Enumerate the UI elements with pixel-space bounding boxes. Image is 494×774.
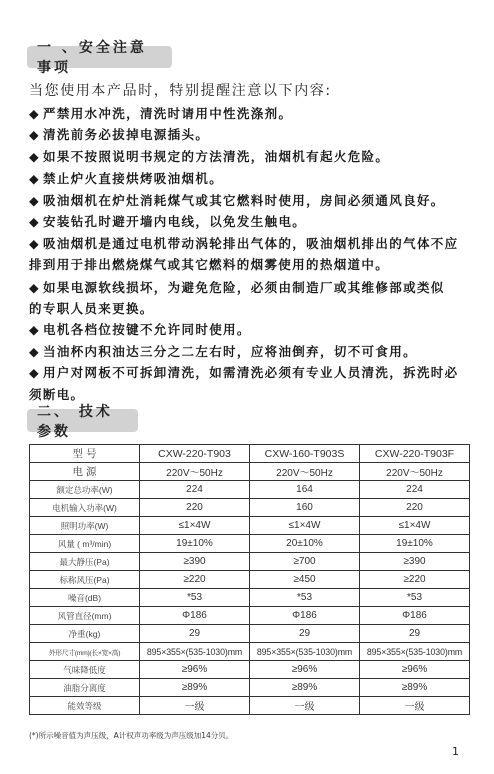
section-title-specs: 二、 技术参数 (37, 401, 128, 441)
safety-note-text: 如果不按照说明书规定的方法清洗，油烟机有起火危险。 (43, 149, 389, 164)
section-header-specs: 二、 技术参数 (27, 409, 138, 432)
cell-value: 895×355×(535-1030)mm (140, 643, 250, 661)
cell-value: Φ186 (250, 607, 360, 625)
row-label: 风管直径(mm) (30, 607, 140, 625)
cell-value: ≤1×4W (250, 517, 360, 535)
diamond-bullet-icon: ◆ (29, 344, 43, 359)
cell-value: 895×355×(535-1030)mm (250, 643, 360, 661)
table-header-row: 型 号CXW-220-T903CXW-160-T903SCXW-220-T903… (30, 445, 470, 463)
cell-value: 220V～50Hz (360, 463, 470, 481)
cell-value: 164 (250, 481, 360, 499)
safety-note-line: ◆吸油烟机在炉灶消耗煤气或其它燃料时使用，房间必须通风良好。 (29, 191, 445, 209)
diamond-bullet-icon: ◆ (29, 149, 43, 164)
cell-value: 一级 (140, 697, 250, 715)
safety-note-text: 吸油烟机是通过电机带动涡轮排出气体的，吸油烟机排出的气体不应 (43, 236, 459, 251)
cell-value: ≥390 (360, 553, 470, 571)
diamond-bullet-icon: ◆ (29, 236, 43, 251)
table-row: 电 源220V～50Hz220V～50Hz220V～50Hz (30, 463, 470, 481)
safety-note-line: ◆安装钻孔时避开墙内电线，以免发生触电。 (29, 212, 306, 230)
safety-note-line: ◆用户对网板不可拆卸清洗，如需清洗必须有专业人员清洗，拆洗时必 (29, 363, 459, 381)
table-row: 标称风压(Pa)≥220≥450≥220 (30, 571, 470, 589)
cell-value: ≥89% (360, 679, 470, 697)
row-label: 气味降低度 (30, 661, 140, 679)
table-row: 电机输入功率(W)220160220 (30, 499, 470, 517)
model-name: CXW-220-T903 (140, 445, 250, 463)
cell-value: 220 (360, 499, 470, 517)
cell-value: ≥220 (140, 571, 250, 589)
cell-value: ≤1×4W (140, 517, 250, 535)
safety-note-text: 的专职人员来更换。 (29, 301, 154, 316)
row-label: 型 号 (30, 445, 140, 463)
safety-note-text: 严禁用水冲洗，清洗时请用中性洗涤剂。 (43, 106, 292, 121)
diamond-bullet-icon: ◆ (29, 322, 43, 337)
diamond-bullet-icon: ◆ (29, 280, 43, 295)
safety-note-line: ◆吸油烟机是通过电机带动涡轮排出气体的，吸油烟机排出的气体不应 (29, 234, 459, 252)
table-row: 噪音(dB)*53*53*53 (30, 589, 470, 607)
table-row: 气味降低度≥96%≥96%≥96% (30, 661, 470, 679)
cell-value: ≥89% (250, 679, 360, 697)
safety-note-text: 清洗前务必拔掉电源插头。 (43, 127, 209, 142)
cell-value: ≥96% (250, 661, 360, 679)
cell-value: ≥89% (140, 679, 250, 697)
cell-value: 29 (250, 625, 360, 643)
diamond-bullet-icon: ◆ (29, 214, 43, 229)
table-row: 最大静压(Pa)≥390≥700≥390 (30, 553, 470, 571)
safety-note-line: ◆清洗前务必拔掉电源插头。 (29, 125, 209, 143)
cell-value: 19±10% (140, 535, 250, 553)
row-label: 电机输入功率(W) (30, 499, 140, 517)
safety-note-line: 的专职人员来更换。 (29, 299, 154, 317)
table-row: 风量 ( m³/min)19±10%20±10%19±10% (30, 535, 470, 553)
diamond-bullet-icon: ◆ (29, 193, 43, 208)
cell-value: 29 (140, 625, 250, 643)
safety-note-text: 当油杯内积油达三分之二左右时，应将油倒弃，切不可食用。 (43, 344, 417, 359)
row-label: 净重(kg) (30, 625, 140, 643)
table-row: 风管直径(mm)Φ186Φ186Φ186 (30, 607, 470, 625)
table-row: 照明功率(W)≤1×4W≤1×4W≤1×4W (30, 517, 470, 535)
cell-value: 19±10% (360, 535, 470, 553)
model-name: CXW-160-T903S (250, 445, 360, 463)
cell-value: ≥96% (360, 661, 470, 679)
safety-note-text: 安装钻孔时避开墙内电线，以免发生触电。 (43, 214, 306, 229)
safety-note-line: ◆如果不按照说明书规定的方法清洗，油烟机有起火危险。 (29, 147, 389, 165)
row-label: 标称风压(Pa) (30, 571, 140, 589)
table-row: 外形尺寸(mm)(长×宽×高)895×355×(535-1030)mm895×3… (30, 643, 470, 661)
safety-note-text: 禁止炉火直接烘烤吸油烟机。 (43, 171, 223, 186)
row-label: 最大静压(Pa) (30, 553, 140, 571)
safety-note-text: 电机各档位按键不允许同时使用。 (43, 322, 251, 337)
cell-value: 一级 (250, 697, 360, 715)
cell-value: ≥450 (250, 571, 360, 589)
row-label: 额定总功率(W) (30, 481, 140, 499)
cell-value: *53 (140, 589, 250, 607)
safety-note-text: 用户对网板不可拆卸清洗，如需清洗必须有专业人员清洗，拆洗时必 (43, 365, 459, 380)
safety-note-line: ◆严禁用水冲洗，清洗时请用中性洗涤剂。 (29, 104, 292, 122)
spec-table: 型 号CXW-220-T903CXW-160-T903SCXW-220-T903… (29, 444, 470, 715)
cell-value: ≤1×4W (360, 517, 470, 535)
row-label: 噪音(dB) (30, 589, 140, 607)
cell-value: 220V～50Hz (140, 463, 250, 481)
safety-note-text: 排到用于排出燃烧煤气或其它燃料的烟雾使用的热烟道中。 (29, 257, 389, 272)
cell-value: Φ186 (140, 607, 250, 625)
cell-value: 220 (140, 499, 250, 517)
diamond-bullet-icon: ◆ (29, 171, 43, 186)
table-row: 能效等级一级一级一级 (30, 697, 470, 715)
cell-value: ≥96% (140, 661, 250, 679)
row-label: 照明功率(W) (30, 517, 140, 535)
table-row: 净重(kg)292929 (30, 625, 470, 643)
diamond-bullet-icon: ◆ (29, 106, 43, 121)
cell-value: 160 (250, 499, 360, 517)
safety-note-line: ◆电机各档位按键不允许同时使用。 (29, 320, 251, 338)
table-row: 额定总功率(W)224164224 (30, 481, 470, 499)
cell-value: 224 (360, 481, 470, 499)
cell-value: 29 (360, 625, 470, 643)
model-name: CXW-220-T903F (360, 445, 470, 463)
safety-note-text: 如果电源软线损坏，为避免危险，必须由制造厂或其维修部或类似 (43, 280, 445, 295)
row-label: 风量 ( m³/min) (30, 535, 140, 553)
cell-value: *53 (360, 589, 470, 607)
row-label: 电 源 (30, 463, 140, 481)
cell-value: 一级 (360, 697, 470, 715)
cell-value: 895×355×(535-1030)mm (360, 643, 470, 661)
safety-note-line: ◆如果电源软线损坏，为避免危险，必须由制造厂或其维修部或类似 (29, 278, 445, 296)
safety-note-line: ◆当油杯内积油达三分之二左右时，应将油倒弃，切不可食用。 (29, 342, 417, 360)
row-label: 能效等级 (30, 697, 140, 715)
safety-note-line: ◆禁止炉火直接烘烤吸油烟机。 (29, 169, 223, 187)
cell-value: 20±10% (250, 535, 360, 553)
section-title-safety: 一 、安全注意事项 (37, 37, 162, 77)
cell-value: ≥390 (140, 553, 250, 571)
cell-value: *53 (250, 589, 360, 607)
row-label: 油脂分离度 (30, 679, 140, 697)
row-label: 外形尺寸(mm)(长×宽×高) (30, 643, 140, 661)
intro-text: 当您使用本产品时，特别提醒注意以下内容: (29, 80, 332, 100)
diamond-bullet-icon: ◆ (29, 365, 43, 380)
cell-value: Φ186 (360, 607, 470, 625)
table-row: 油脂分离度≥89%≥89%≥89% (30, 679, 470, 697)
cell-value: ≥700 (250, 553, 360, 571)
safety-note-text: 吸油烟机在炉灶消耗煤气或其它燃料时使用，房间必须通风良好。 (43, 193, 445, 208)
diamond-bullet-icon: ◆ (29, 127, 43, 142)
cell-value: 220V～50Hz (250, 463, 360, 481)
footnote: (*)所示噪音值为声压级，A计权声功率级为声压级加14分贝。 (29, 730, 233, 741)
section-header-safety: 一 、安全注意事项 (27, 46, 172, 68)
page-number: 1 (452, 745, 459, 758)
safety-note-line: 排到用于排出燃烧煤气或其它燃料的烟雾使用的热烟道中。 (29, 255, 389, 273)
cell-value: 224 (140, 481, 250, 499)
cell-value: ≥220 (360, 571, 470, 589)
